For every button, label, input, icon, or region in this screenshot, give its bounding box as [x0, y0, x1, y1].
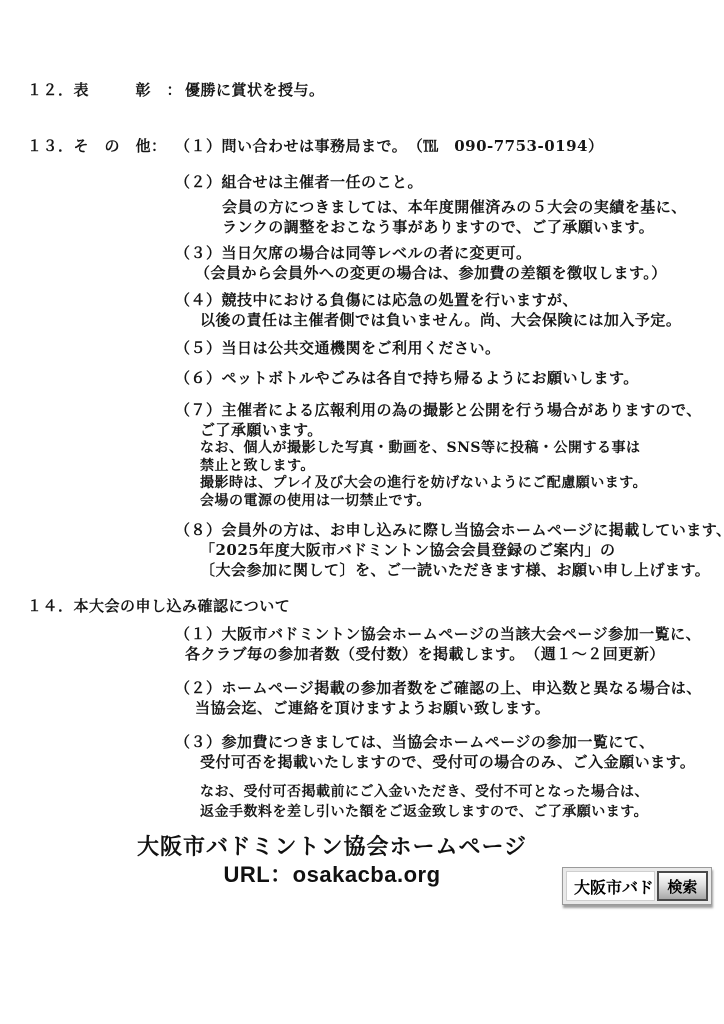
- search-query-text: 大阪市バド: [574, 875, 654, 898]
- text-line: 会員の方につきましては、本年度開催済みの５大会の実績を基に、: [175, 197, 710, 217]
- site-title: 大阪市バドミントン協会ホームページ: [0, 833, 664, 861]
- item-13-1: （１）問い合わせは事務局まで。 （℡ 090-7753-0194）: [175, 136, 710, 156]
- text-line: （２）組合せは主催者一任のこと。: [175, 172, 710, 192]
- document-page: { "section12": { "label": "１２．表 彰 ：", "t…: [0, 0, 724, 1024]
- text-line: 各クラブ毎の参加者数（受付数）を掲載します。 （週１～２回更新）: [175, 644, 710, 664]
- section-14-items: （１）大阪市バドミントン協会ホームページの当該大会ページ参加一覧に、 各クラブ毎…: [175, 624, 710, 822]
- search-widget: 大阪市バド 検索: [562, 867, 712, 905]
- section-14: １４．本大会の申し込み確認について （１）大阪市バドミントン協会ホームページの当…: [27, 596, 710, 822]
- item-12-text: 優勝に賞状を授与。: [185, 81, 325, 99]
- section-13-items: （１）問い合わせは事務局まで。 （℡ 090-7753-0194） （２）組合せ…: [175, 136, 710, 580]
- item-13-2-sub: 会員の方につきましては、本年度開催済みの５大会の実績を基に、 ランクの調整をおこ…: [175, 197, 710, 237]
- text-line: （１）大阪市バドミントン協会ホームページの当該大会ページ参加一覧に、: [175, 624, 710, 644]
- item-13-7-notes: なお、個人が撮影した写真・動画を、SNS等に投稿・公開する事は 禁止と致します。…: [175, 440, 710, 510]
- item-13-4: （４）競技中における負傷には応急の処置を行いますが、 以後の責任は主催者側では負…: [175, 290, 710, 330]
- item-13-2: （２）組合せは主催者一任のこと。 会員の方につきましては、本年度開催済みの５大会…: [175, 172, 710, 237]
- text-line: （４）競技中における負傷には応急の処置を行いますが、: [175, 290, 710, 310]
- document-body: １２．表 彰 ：優勝に賞状を授与。 １３．そ の 他： （１）問い合わせは事務局…: [27, 80, 710, 822]
- item-13-8: （８）会員外の方は、お申し込みに際し当協会ホームページに掲載しています、 「20…: [175, 520, 710, 580]
- item-13-6: （６）ペットボトルやごみは各自で持ち帰るようにお願いします。: [175, 368, 710, 388]
- text-line: ランクの調整をおこなう事がありますので、ご了承願います。: [175, 217, 710, 237]
- text-line: （３）当日欠席の場合は同等レベルの者に変更可。: [175, 243, 710, 263]
- text-line: 当協会迄、ご連絡を頂けますようお願い致します。: [175, 698, 710, 718]
- item-13-3: （３）当日欠席の場合は同等レベルの者に変更可。 （会員から会員外への変更の場合は…: [175, 243, 710, 283]
- item-14-3-notes: なお、受付可否掲載前にご入金いただき、受付不可となった場合は、 返金手数料を差し…: [175, 782, 710, 822]
- text-line: なお、個人が撮影した写真・動画を、SNS等に投稿・公開する事は: [175, 440, 710, 458]
- text-line: 会場の電源の使用は一切禁止です。: [175, 493, 710, 511]
- text-line: 受付可否を掲載いたしますので、受付可の場合のみ、ご入金願います。: [175, 752, 710, 772]
- text-line: （会員から会員外への変更の場合は、参加費の差額を徴収します。）: [175, 263, 710, 283]
- search-input[interactable]: 大阪市バド: [566, 871, 655, 901]
- item-14-3: （３）参加費につきましては、当協会ホームページの参加一覧にて、 受付可否を掲載い…: [175, 732, 710, 822]
- item-12: １２．表 彰 ：優勝に賞状を授与。: [27, 80, 710, 100]
- text-line: （８）会員外の方は、お申し込みに際し当協会ホームページに掲載しています、: [175, 520, 710, 540]
- text-line: なお、受付可否掲載前にご入金いただき、受付不可となった場合は、: [175, 782, 710, 802]
- text-line: 撮影時は、プレイ及び大会の進行を妨げないようにご配慮願います。: [175, 475, 710, 493]
- text-line: 「2025年度大阪市バドミントン協会会員登録のご案内」の: [175, 540, 710, 560]
- text-line: （７）主催者による広報利用の為の撮影と公開を行う場合がありますので、: [175, 400, 710, 420]
- section-13-label: １３．そ の 他：: [27, 136, 185, 156]
- text-line: （３）参加費につきましては、当協会ホームページの参加一覧にて、: [175, 732, 710, 752]
- text-line: 〔大会参加に関して〕を、ご一読いただきます様、お願い申し上げます。: [175, 560, 710, 580]
- item-13-7: （７）主催者による広報利用の為の撮影と公開を行う場合がありますので、 ご了承願い…: [175, 400, 710, 510]
- text-line: 禁止と致します。: [175, 458, 710, 476]
- text-line: （２）ホームページ掲載の参加者数をご確認の上、申込数と異なる場合は、: [175, 678, 710, 698]
- text-line: （６）ペットボトルやごみは各自で持ち帰るようにお願いします。: [175, 368, 710, 388]
- item-12-label: １２．表 彰 ：: [27, 80, 185, 100]
- section-13: １３．そ の 他： （１）問い合わせは事務局まで。 （℡ 090-7753-01…: [27, 136, 710, 580]
- text-line: ご了承願います。: [175, 420, 710, 440]
- search-button[interactable]: 検索: [657, 871, 708, 901]
- text-line: 返金手数料を差し引いた額をご返金致しますので、ご了承願います。: [175, 802, 710, 822]
- section-14-heading: １４．本大会の申し込み確認について: [27, 596, 710, 616]
- item-14-1: （１）大阪市バドミントン協会ホームページの当該大会ページ参加一覧に、 各クラブ毎…: [175, 624, 710, 664]
- item-14-2: （２）ホームページ掲載の参加者数をご確認の上、申込数と異なる場合は、 当協会迄、…: [175, 678, 710, 718]
- text-line: （５）当日は公共交通機関をご利用ください。: [175, 338, 710, 358]
- text-line: （１）問い合わせは事務局まで。 （℡ 090-7753-0194）: [175, 136, 710, 156]
- item-13-5: （５）当日は公共交通機関をご利用ください。: [175, 338, 710, 358]
- text-line: 以後の責任は主催者側では負いません。尚、大会保険には加入予定。: [175, 310, 710, 330]
